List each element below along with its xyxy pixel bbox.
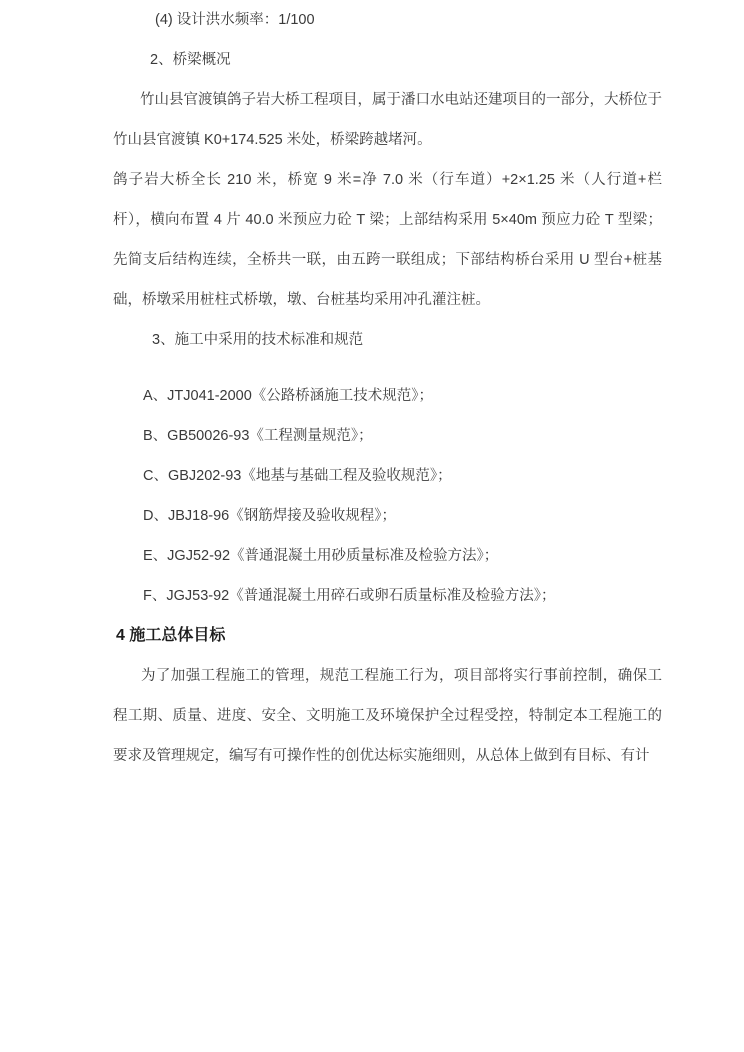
document-page: (4) 设计洪水频率：1/100 2、桥梁概况 竹山县官渡镇鸽子岩大桥工程项目，…: [0, 0, 744, 1052]
standard-item-b: B、GB50026-93《工程测量规范》；: [113, 416, 662, 456]
section-heading-construction-goals: 4 施工总体目标: [113, 616, 662, 656]
paragraph-bridge-specs: 鸽子岩大桥全长 210 米，桥宽 9 米=净 7.0 米（行车道）+2×1.25…: [113, 160, 662, 320]
section-heading-bridge-overview: 2、桥梁概况: [113, 40, 662, 80]
standard-item-f: F、JGJ53-92《普通混凝土用碎石或卵石质量标准及检验方法》；: [113, 576, 662, 616]
paragraph-construction-goals: 为了加强工程施工的管理，规范工程施工行为，项目部将实行事前控制，确保工程工期、质…: [113, 656, 662, 776]
standard-item-e: E、JGJ52-92《普通混凝土用砂质量标准及检验方法》；: [113, 536, 662, 576]
paragraph-bridge-location: 竹山县官渡镇鸽子岩大桥工程项目，属于潘口水电站还建项目的一部分，大桥位于竹山县官…: [113, 80, 662, 160]
section-heading-technical-standards: 3、施工中采用的技术标准和规范: [113, 320, 662, 360]
design-flood-frequency-line: (4) 设计洪水频率：1/100: [113, 0, 662, 40]
standard-item-d: D、JBJ18-96《钢筋焊接及验收规程》；: [113, 496, 662, 536]
standard-item-a: A、JTJ041-2000《公路桥涵施工技术规范》；: [113, 376, 662, 416]
standard-item-c: C、GBJ202-93《地基与基础工程及验收规范》；: [113, 456, 662, 496]
